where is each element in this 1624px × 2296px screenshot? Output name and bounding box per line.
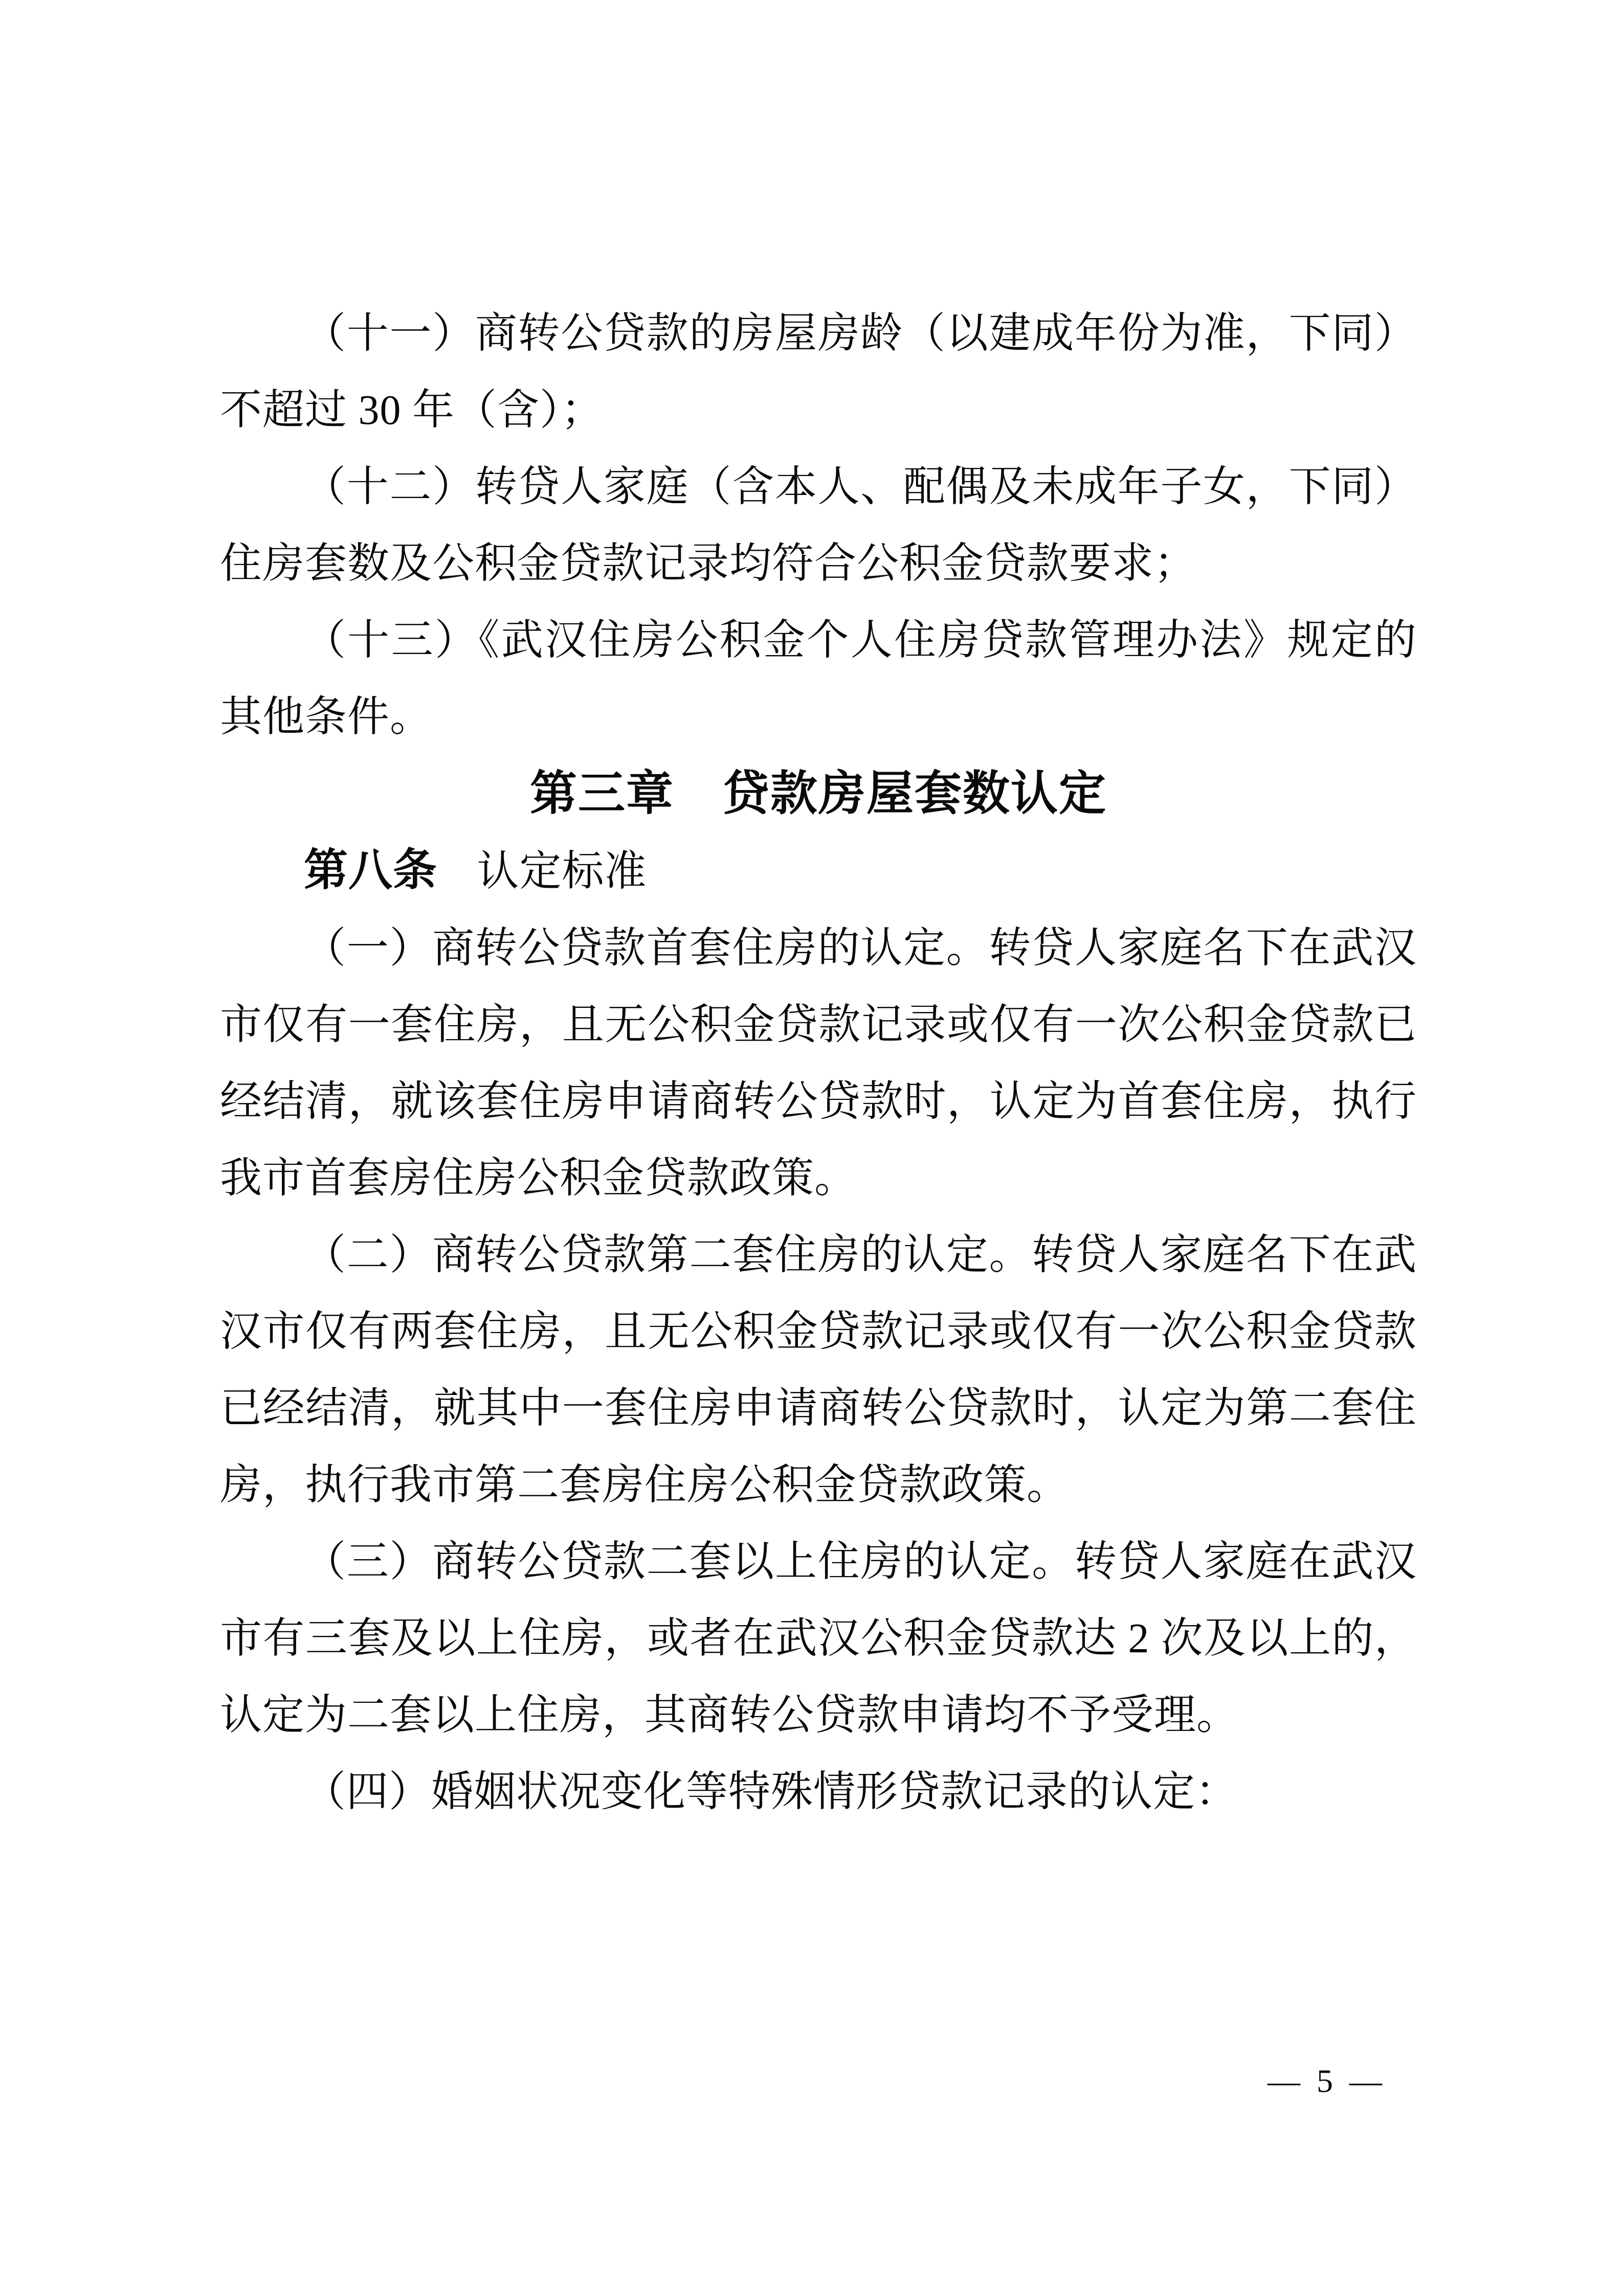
article-number: 第八条	[304, 846, 437, 895]
item-2: （二）商转公贷款第二套住房的认定。转贷人家庭名下在武汉市仅有两套住房，且无公积金…	[220, 1217, 1417, 1523]
clause-12: （十二）转贷人家庭（含本人、配偶及未成年子女，下同）住房套数及公积金贷款记录均符…	[220, 448, 1417, 602]
item-4: （四）婚姻状况变化等特殊情形贷款记录的认定：	[220, 1753, 1417, 1830]
clause-13: （十三）《武汉住房公积金个人住房贷款管理办法》规定的其他条件。	[220, 602, 1417, 755]
document-page: （十一）商转公贷款的房屋房龄（以建成年份为准，下同）不超过 30 年（含）； （…	[0, 0, 1624, 2296]
document-body: （十一）商转公贷款的房屋房龄（以建成年份为准，下同）不超过 30 年（含）； （…	[220, 295, 1417, 1830]
item-3: （三）商转公贷款二套以上住房的认定。转贷人家庭在武汉市有三套及以上住房，或者在武…	[220, 1523, 1417, 1753]
article-8-line: 第八条认定标准	[220, 832, 1417, 910]
chapter-heading: 第三章 贷款房屋套数认定	[220, 755, 1417, 832]
article-title: 认定标准	[477, 848, 647, 894]
clause-11: （十一）商转公贷款的房屋房龄（以建成年份为准，下同）不超过 30 年（含）；	[220, 295, 1417, 448]
page-number: — 5 —	[1267, 2061, 1386, 2102]
item-1: （一）商转公贷款首套住房的认定。转贷人家庭名下在武汉市仅有一套住房，且无公积金贷…	[220, 910, 1417, 1217]
